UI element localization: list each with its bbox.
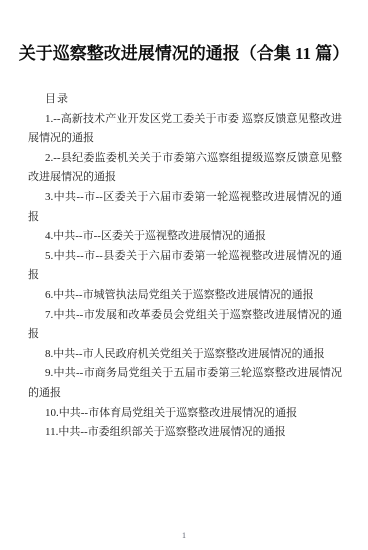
toc-item: 11.中共--市委组织部关于巡察整改进展情况的通报 (28, 423, 342, 443)
toc-item: 10.中共--市体育局党组关于巡察整改进展情况的通报 (28, 404, 342, 424)
toc-item: 1.--高新技术产业开发区党工委关于市委 巡察反馈意见整改进展情况的通报 (28, 110, 342, 149)
toc-item: 8.中共--市人民政府机关党组关于巡察整改进展情况的通报 (28, 345, 342, 365)
document-page: 关于巡察整改进展情况的通报（合集 11 篇） 目录 1.--高新技术产业开发区党… (0, 0, 368, 550)
toc-item: 9.中共--市商务局党组关于五届市委第三轮巡察整改进展情况的通报 (28, 364, 342, 403)
toc-item: 2.--县纪委监委机关关于市委第六巡察组提级巡察反馈意见整改进展情况的通报 (28, 149, 342, 188)
document-title: 关于巡察整改进展情况的通报（合集 11 篇） (0, 0, 368, 64)
toc-item: 3.中共--市--区委关于六届市委第一轮巡视整改进展情况的通报 (28, 188, 342, 227)
toc-item: 5.中共--市--县委关于六届市委第一轮巡视整改进展情况的通报 (28, 247, 342, 286)
table-of-contents: 目录 1.--高新技术产业开发区党工委关于市委 巡察反馈意见整改进展情况的通报 … (28, 90, 342, 443)
toc-item: 7.中共--市发展和改革委员会党组关于巡察整改进展情况的通报 (28, 306, 342, 345)
toc-item: 6.中共--市城管执法局党组关于巡察整改进展情况的通报 (28, 286, 342, 306)
toc-heading: 目录 (28, 90, 342, 110)
page-number: 1 (0, 531, 368, 540)
toc-item: 4.中共--市--区委关于巡视整改进展情况的通报 (28, 227, 342, 247)
